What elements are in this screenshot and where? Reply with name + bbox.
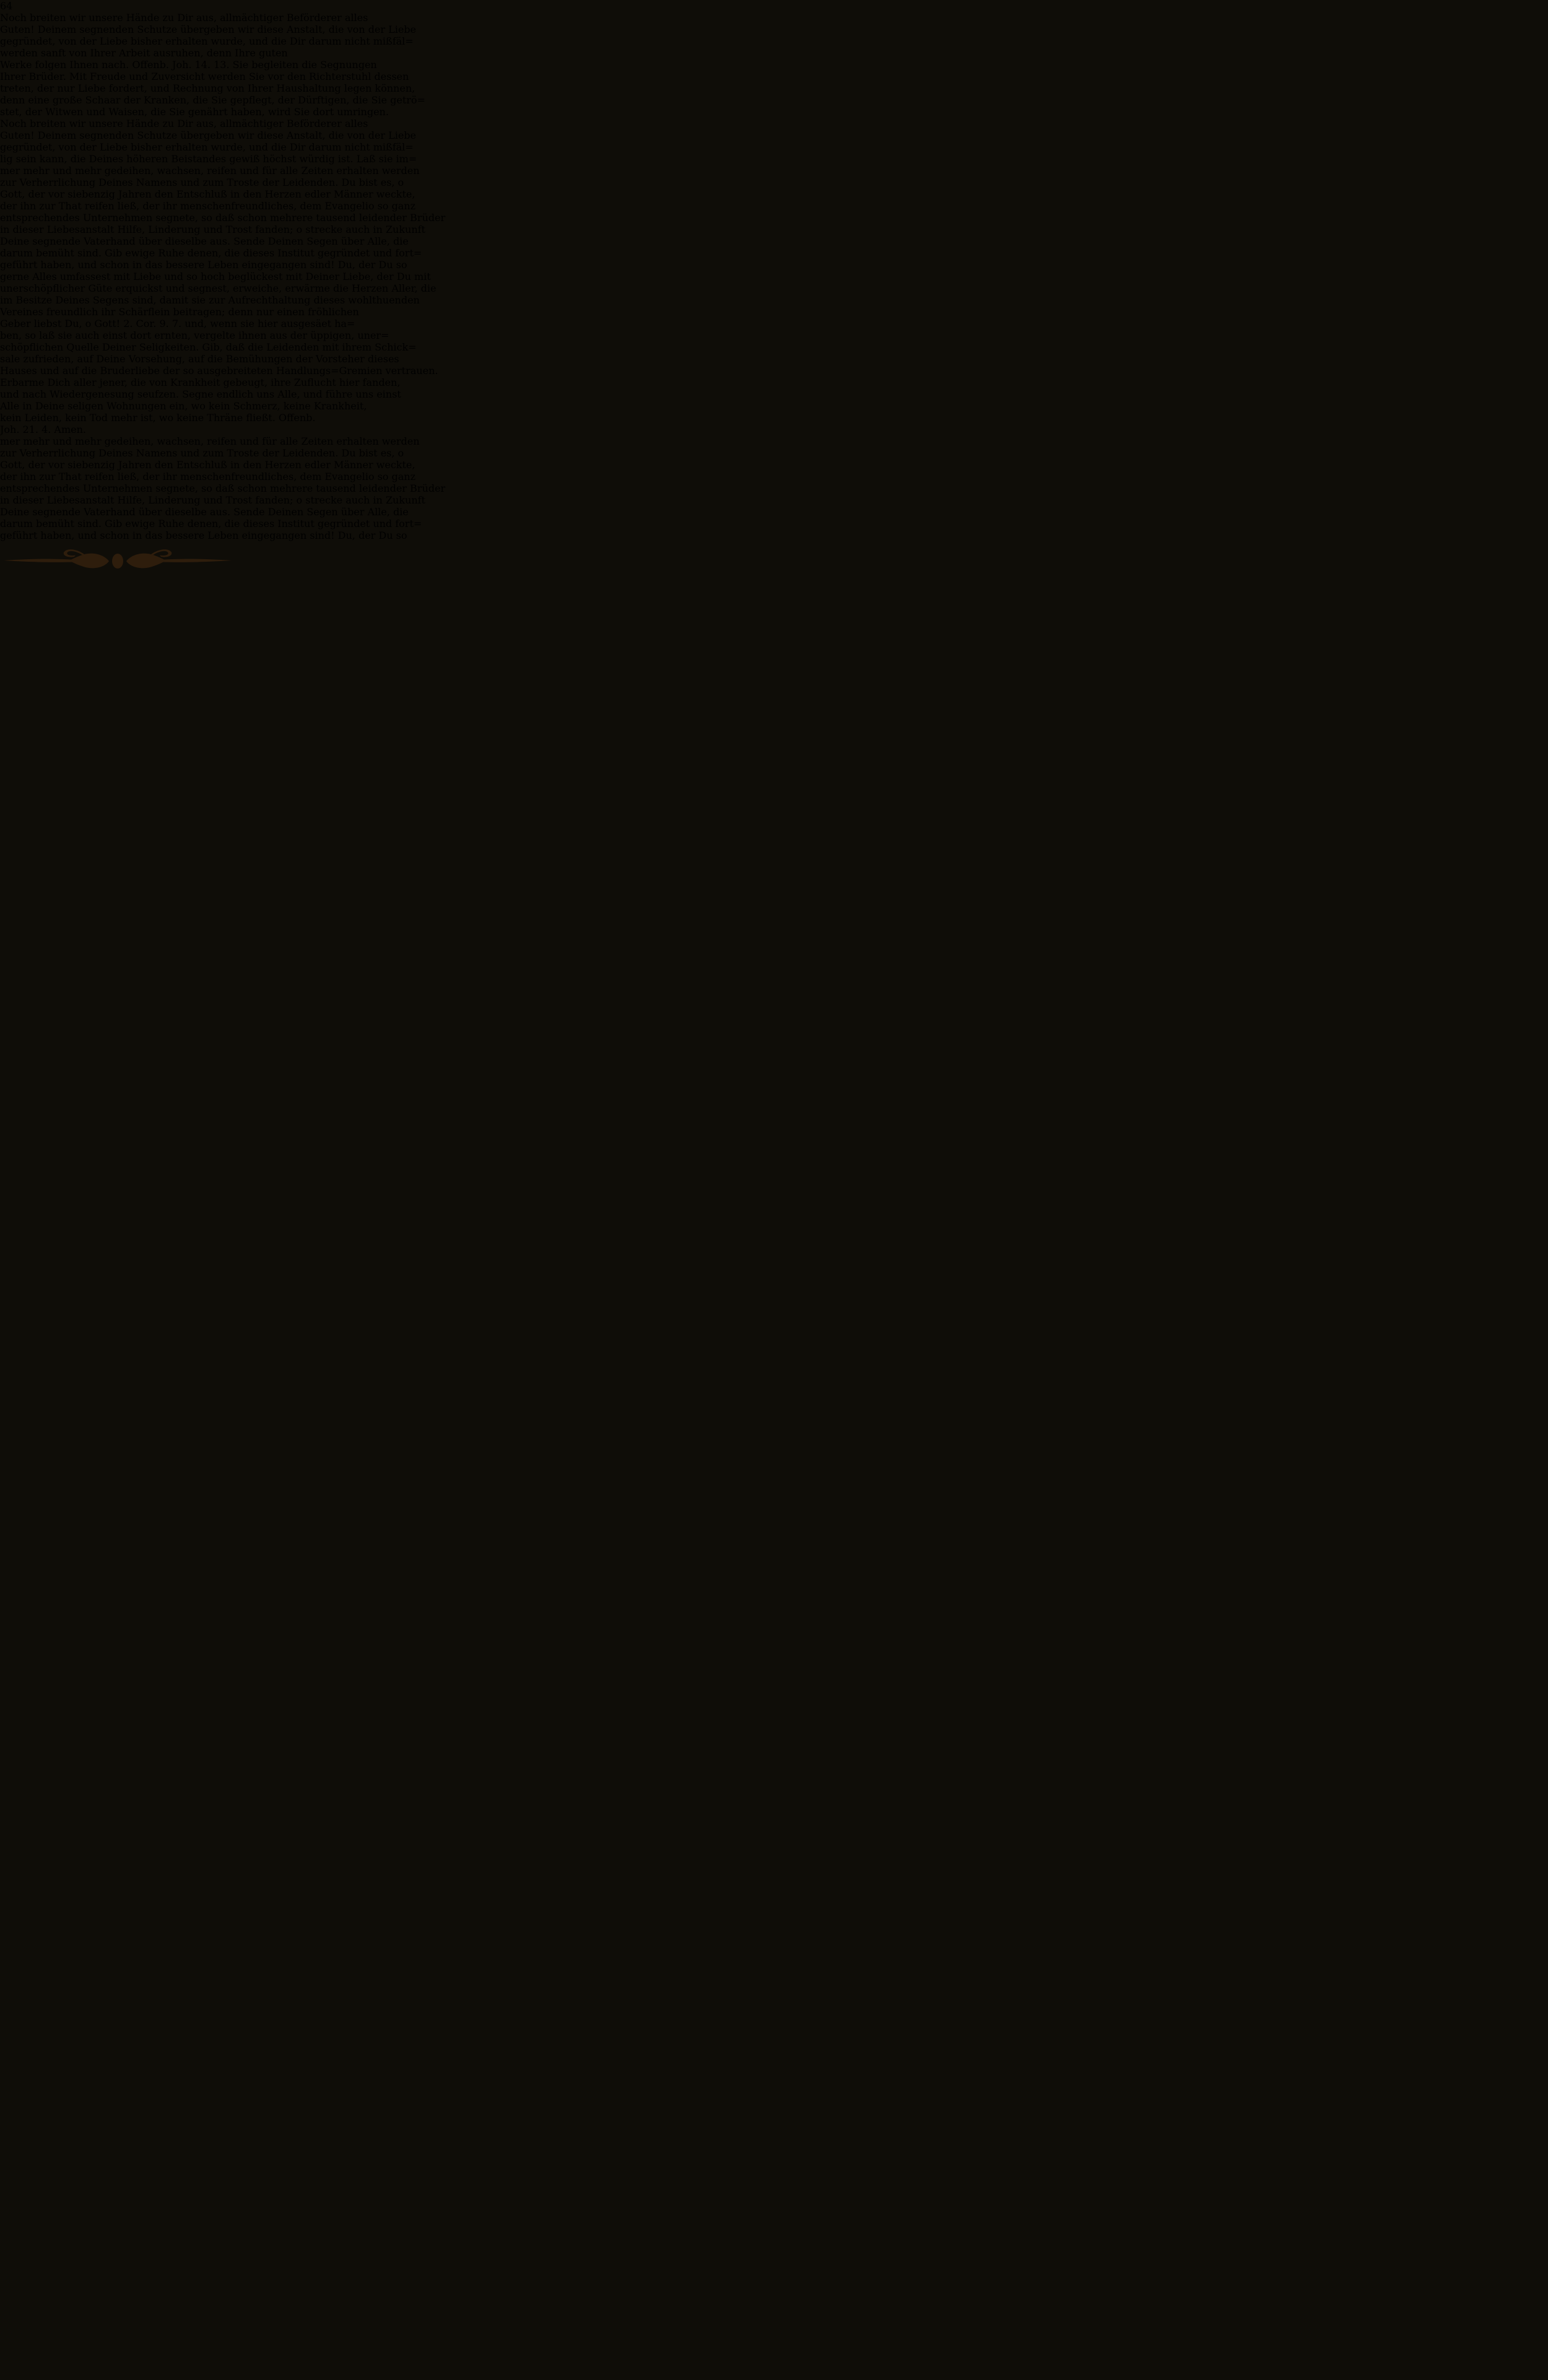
text-segment: Cor. — [133, 318, 159, 329]
text-segment: Vereines freundlich ihr Schärflein beitr… — [0, 306, 228, 318]
scripture-reference-numbers: 2. — [123, 318, 133, 329]
text-line: Vereines freundlich ihr Schärflein beitr… — [0, 306, 1548, 318]
text-segment: Noch breiten wir unsere Hände zu Dir aus… — [0, 118, 368, 129]
text-segment: und nach Wiedergenesung seufzen. Segne e… — [0, 388, 401, 400]
text-line: werden sanft von Ihrer Arbeit ausruhen, … — [0, 47, 1548, 59]
emphasized-spaced-text: denn nur einen fröhlichen — [228, 306, 359, 318]
text-line: Hauses und auf die Bruderliebe der so au… — [0, 365, 1548, 377]
text-segment: Offenb. Joh. — [129, 59, 194, 71]
text-line: und nach Wiedergenesung seufzen. Segne e… — [0, 388, 1548, 400]
text-segment: im Besitze Deines Segens sind, damit sie… — [0, 294, 420, 306]
text-line: im Besitze Deines Segens sind, damit sie… — [0, 294, 1548, 306]
tailpiece-flourish-icon — [0, 541, 235, 581]
text-segment: Deine segnende Vaterhand über dieselbe a… — [0, 235, 409, 247]
text-segment: und, wenn sie hier ausgesäet ha= — [181, 318, 355, 329]
bleedthrough-line: Gott, der vor siebenzig Jahren den Entsc… — [0, 459, 1548, 471]
text-segment: Joh. — [0, 424, 23, 435]
text-segment: ben, so laß sie auch einst dort ernten, … — [0, 329, 389, 341]
text-line: Noch breiten wir unsere Hände zu Dir aus… — [0, 118, 1548, 129]
text-line: geführt haben, und schon in das bessere … — [0, 259, 1548, 271]
text-segment: Ihrer Brüder. Mit Freude und Zuversicht … — [0, 71, 409, 82]
text-segment: Amen. — [51, 424, 86, 435]
text-line: kein Leiden, kein Tod mehr ist, wo keine… — [0, 412, 1548, 424]
emphasized-spaced-text: Geber liebst Du, o Gott! — [0, 318, 120, 329]
text-segment: unerschöpflicher Güte erquickst und segn… — [0, 282, 436, 294]
text-segment: Guten! Deinem segnenden Schutze übergebe… — [0, 129, 416, 141]
bleedthrough-line: darum bemüht sind. Gib ewige Ruhe denen,… — [0, 518, 1548, 530]
text-line: in dieser Liebesanstalt Hilfe, Linderung… — [0, 224, 1548, 235]
bleedthrough-line: Deine segnende Vaterhand über dieselbe a… — [0, 506, 1548, 518]
text-line: zur Verherrlichung Deines Namens und zum… — [0, 177, 1548, 188]
text-line: sale zufrieden, auf Deine Vorsehung, auf… — [0, 353, 1548, 365]
text-line: der ihn zur That reifen ließ, der ihr me… — [0, 200, 1548, 212]
emphasized-spaced-text: wo kein Schmerz, keine Krankheit, — [191, 400, 367, 412]
emphasized-spaced-text: werden sanft von Ihrer Arbeit ausruhen, … — [0, 47, 288, 59]
text-segment: Alle in Deine seligen Wohnungen ein, — [0, 400, 191, 412]
book-page: 64 Noch breiten wir unsere Hände zu Dir … — [0, 0, 1548, 583]
text-segment: Offenb. — [276, 412, 316, 424]
text-segment: Gott, der vor siebenzig Jahren den Entsc… — [0, 188, 415, 200]
text-line: entsprechendes Unternehmen segnete, so d… — [0, 212, 1548, 224]
text-segment: Erbarme Dich aller jener, die von Krankh… — [0, 377, 400, 388]
text-line: stet, der Witwen und Waisen, die Sie gen… — [0, 106, 1548, 118]
text-segment: schöpflichen Quelle Deiner Seligkeiten. … — [0, 341, 417, 353]
bleedthrough-line: entsprechendes Unternehmen segnete, so d… — [0, 482, 1548, 494]
text-line: Ihrer Brüder. Mit Freude und Zuversicht … — [0, 71, 1548, 82]
bleedthrough-line: in dieser Liebesanstalt Hilfe, Linderung… — [0, 494, 1548, 506]
text-segment: Hauses und auf die Bruderliebe der so au… — [0, 365, 438, 377]
bleedthrough-line: mer mehr und mehr gedeihen, wachsen, rei… — [0, 435, 1548, 447]
closing-paragraph: werden sanft von Ihrer Arbeit ausruhen, … — [0, 47, 1548, 118]
text-line: Alle in Deine seligen Wohnungen ein, wo … — [0, 400, 1548, 412]
text-line: schöpflichen Quelle Deiner Seligkeiten. … — [0, 341, 1548, 353]
text-segment: treten, der nur Liebe fordert, und Rechn… — [0, 82, 415, 94]
text-segment: denn eine große Schaar der Kranken, die … — [0, 94, 425, 106]
text-segment: sale zufrieden, auf Deine Vorsehung, auf… — [0, 353, 399, 365]
scripture-reference-numbers: 21. 4. — [23, 424, 51, 435]
bleedthrough-line: zur Verherrlichung Deines Namens und zum… — [0, 447, 1548, 459]
prayer-paragraph: Noch breiten wir unsere Hände zu Dir aus… — [0, 118, 1548, 435]
emphasized-spaced-text: kein Leiden, kein Tod mehr ist, wo keine… — [0, 412, 276, 424]
text-line: denn eine große Schaar der Kranken, die … — [0, 94, 1548, 106]
text-line: treten, der nur Liebe fordert, und Rechn… — [0, 82, 1548, 94]
text-segment: Sie begleiten die Segnungen — [230, 59, 377, 71]
text-line: gegründet, von der Liebe bisher erhalten… — [0, 141, 1548, 153]
text-line: Gott, der vor siebenzig Jahren den Entsc… — [0, 188, 1548, 200]
text-line: ben, so laß sie auch einst dort ernten, … — [0, 329, 1548, 341]
text-segment: lig sein kann, die Deines höheren Beista… — [0, 153, 417, 165]
text-line: Joh. 21. 4. Amen. — [0, 424, 1548, 435]
text-segment: darum bemüht sind. Gib ewige Ruhe denen,… — [0, 247, 422, 259]
text-segment: gegründet, von der Liebe bisher erhalten… — [0, 141, 414, 153]
scripture-reference-numbers: 9. 7. — [159, 318, 181, 329]
bleedthrough-line: der ihn zur That reifen ließ, der ihr me… — [0, 471, 1548, 482]
book-cover-top-edge — [0, 0, 1548, 43]
text-segment: stet, der Witwen und Waisen, die Sie gen… — [0, 106, 389, 118]
bleedthrough-line: geführt haben, und schon in das bessere … — [0, 530, 1548, 541]
text-line: Deine segnende Vaterhand über dieselbe a… — [0, 235, 1548, 247]
text-line: Erbarme Dich aller jener, die von Krankh… — [0, 377, 1548, 388]
text-line: Guten! Deinem segnenden Schutze übergebe… — [0, 129, 1548, 141]
text-segment: in dieser Liebesanstalt Hilfe, Linderung… — [0, 224, 425, 235]
book-scan: { "page": { "number": "64", "language": … — [0, 0, 1548, 2380]
text-segment: der ihn zur That reifen ließ, der ihr me… — [0, 200, 415, 212]
text-line: lig sein kann, die Deines höheren Beista… — [0, 153, 1548, 165]
text-line: unerschöpflicher Güte erquickst und segn… — [0, 282, 1548, 294]
text-segment: entsprechendes Unternehmen segnete, so d… — [0, 212, 445, 224]
text-segment: zur Verherrlichung Deines Namens und zum… — [0, 177, 404, 188]
text-segment: mer mehr und mehr gedeihen, wachsen, rei… — [0, 165, 420, 177]
emphasized-spaced-text: Werke folgen Ihnen nach. — [0, 59, 129, 71]
text-line: Geber liebst Du, o Gott! 2. Cor. 9. 7. u… — [0, 318, 1548, 329]
text-segment: geführt haben, und schon in das bessere … — [0, 259, 407, 271]
scripture-reference-numbers: 14. 13. — [195, 59, 230, 71]
text-line: mer mehr und mehr gedeihen, wachsen, rei… — [0, 165, 1548, 177]
text-segment: gerne Alles umfassest mit Liebe und so h… — [0, 271, 431, 282]
text-line: darum bemüht sind. Gib ewige Ruhe denen,… — [0, 247, 1548, 259]
text-line: gerne Alles umfassest mit Liebe und so h… — [0, 271, 1548, 282]
text-line: Werke folgen Ihnen nach. Offenb. Joh. 14… — [0, 59, 1548, 71]
bleedthrough-text-bottom: mer mehr und mehr gedeihen, wachsen, rei… — [0, 435, 1548, 541]
tailpiece-ornament — [0, 541, 1548, 583]
